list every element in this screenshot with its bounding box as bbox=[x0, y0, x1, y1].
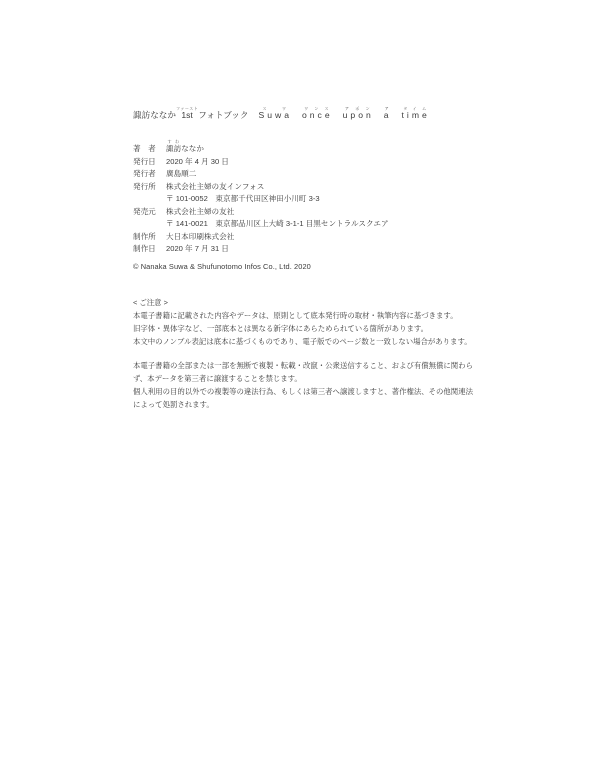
en-word-base: time bbox=[402, 110, 430, 120]
colophon-row-distributor-address: 〒 141-0021 東京都品川区上大崎 3-1-1 目黒セントラルスクエア bbox=[133, 218, 389, 231]
notice-line: によって処罰されます。 bbox=[133, 398, 473, 411]
row-value: 〒 101-0052 東京都千代田区神田小川町 3-3 bbox=[166, 193, 320, 206]
title-en-word-upon: uponアポン bbox=[343, 104, 374, 126]
author-name: 諏訪すわななか bbox=[166, 139, 204, 156]
row-value: 〒 141-0021 東京都品川区上大崎 3-1-1 目黒セントラルスクエア bbox=[166, 218, 389, 231]
notice-line: 旧字体・異体字など、一部底本とは異なる新字体にあらためられている箇所があります。 bbox=[133, 322, 473, 335]
colophon-row-issue-date: 発行日 2020 年 4 月 30 日 bbox=[133, 156, 389, 169]
row-label: 著 者 bbox=[133, 143, 166, 156]
row-value: 2020 年 4 月 30 日 bbox=[166, 156, 229, 169]
en-word-furigana: ア bbox=[384, 106, 392, 111]
title-en-word-time: timeタイム bbox=[402, 104, 430, 126]
notice-line: 本電子書籍に記載された内容やデータは、原則として底本発行時の取材・執筆内容に基づ… bbox=[133, 309, 473, 322]
en-word-base: once bbox=[302, 110, 333, 120]
book-title: 諏訪ななか 1stファースト フォトブック Suwaスワ onceワンス upo… bbox=[133, 104, 430, 126]
en-word-base: upon bbox=[343, 110, 374, 120]
colophon-table: 著 者 諏訪すわななか 発行日 2020 年 4 月 30 日 発行者 廣島順二… bbox=[133, 139, 389, 256]
author-surname: 諏訪 bbox=[166, 144, 181, 153]
author-name-ruby: 諏訪すわ bbox=[166, 144, 181, 153]
title-english: Suwaスワ onceワンス uponアポン aア timeタイム bbox=[259, 104, 430, 126]
author-surname-furigana: すわ bbox=[166, 139, 181, 144]
title-jp-suffix: フォトブック bbox=[198, 104, 248, 126]
en-word-furigana: タイム bbox=[402, 106, 430, 111]
row-label: 発行所 bbox=[133, 181, 166, 194]
en-word-base: a bbox=[384, 110, 392, 120]
en-word-furigana: アポン bbox=[343, 106, 374, 111]
colophon-page: 諏訪ななか 1stファースト フォトブック Suwaスワ onceワンス upo… bbox=[0, 0, 593, 768]
notice-header: < ご注意 > bbox=[133, 296, 473, 309]
row-value: 大日本印刷株式会社 bbox=[166, 231, 234, 244]
row-value: 2020 年 7 月 31 日 bbox=[166, 243, 229, 256]
row-value: 株式会社主婦の友社 bbox=[166, 206, 234, 219]
en-word-base: Suwa bbox=[259, 110, 293, 120]
colophon-row-printer: 制作所 大日本印刷株式会社 bbox=[133, 231, 389, 244]
colophon-row-publisher-company: 発行所 株式会社主婦の友インフォス bbox=[133, 181, 389, 194]
notice-line: 個人利用の目的以外での複製等の違法行為、もしくは第三者へ譲渡しますと、著作権法、… bbox=[133, 385, 473, 398]
colophon-row-distributor: 発売元 株式会社主婦の友社 bbox=[133, 206, 389, 219]
author-given-name: ななか bbox=[181, 144, 204, 153]
row-label: 制作日 bbox=[133, 243, 166, 256]
paragraph-gap bbox=[133, 348, 473, 359]
en-word-furigana: ワンス bbox=[302, 106, 333, 111]
colophon-row-production-date: 制作日 2020 年 7 月 31 日 bbox=[133, 243, 389, 256]
en-word-furigana: スワ bbox=[259, 106, 293, 111]
row-label: 発行日 bbox=[133, 156, 166, 169]
title-1st-base: 1st bbox=[176, 110, 198, 120]
colophon-row-author: 著 者 諏訪すわななか bbox=[133, 139, 389, 156]
notice-line: ず、本データを第三者に譲渡することを禁じます。 bbox=[133, 372, 473, 385]
title-en-word-suwa: Suwaスワ bbox=[259, 104, 293, 126]
notice-line: 本文中のノンブル表記は底本に基づくものであり、電子版でのページ数と一致しない場合… bbox=[133, 335, 473, 348]
notice-section: < ご注意 > 本電子書籍に記載された内容やデータは、原則として底本発行時の取材… bbox=[133, 296, 473, 411]
title-ruby-1st: 1stファースト bbox=[176, 104, 198, 126]
copyright-line: © Nanaka Suwa & Shufunotomo Infos Co., L… bbox=[133, 262, 311, 271]
colophon-row-publisher-address: 〒 101-0052 東京都千代田区神田小川町 3-3 bbox=[133, 193, 389, 206]
row-label: 発売元 bbox=[133, 206, 166, 219]
colophon-row-publisher-person: 発行者 廣島順二 bbox=[133, 168, 389, 181]
notice-line: 本電子書籍の全部または一部を無断で複製・転載・改竄・公衆送信すること、および有償… bbox=[133, 359, 473, 372]
title-en-word-a: aア bbox=[384, 104, 392, 126]
row-label: 発行者 bbox=[133, 168, 166, 181]
row-value: 廣島順二 bbox=[166, 168, 196, 181]
title-jp-prefix: 諏訪ななか bbox=[133, 104, 176, 126]
title-1st-furigana: ファースト bbox=[176, 106, 198, 111]
title-en-word-once: onceワンス bbox=[302, 104, 333, 126]
row-value: 株式会社主婦の友インフォス bbox=[166, 181, 264, 194]
row-label: 制作所 bbox=[133, 231, 166, 244]
